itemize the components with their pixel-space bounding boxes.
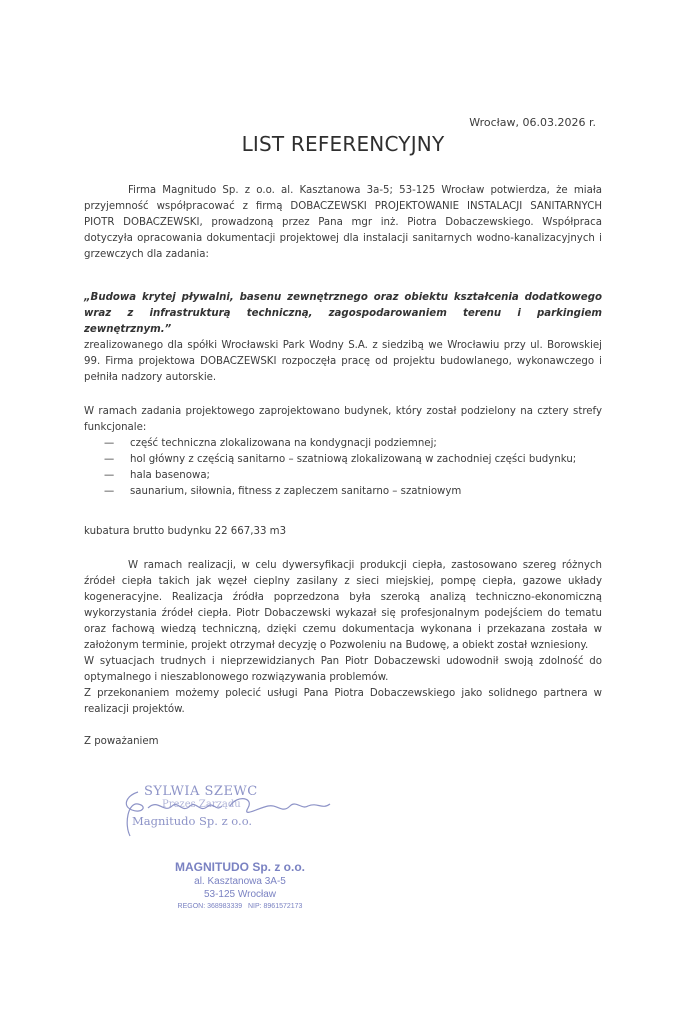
company-stamp: MAGNITUDO Sp. z o.o. al. Kasztanowa 3A-5… [150,860,330,913]
stamp-ids: REGON: 368983339 NIP: 8961572173 [150,901,330,913]
list-item: —hol główny z częścią sanitarno – szatni… [104,452,576,468]
letter-title: LIST REFERENCYJNY [0,132,686,156]
stamp-company: MAGNITUDO Sp. z o.o. [150,860,330,875]
signature-block: SYLWIA SZEWC Prezes Zarządu Magnitudo Sp… [118,784,358,844]
handwritten-signature-icon [118,784,358,844]
building-volume: kubatura brutto budynku 22 667,33 m3 [84,524,602,540]
letter-page: Wrocław, 06.03.2026 r. LIST REFERENCYJNY… [0,0,686,1024]
list-item: —saunarium, siłownia, fitness z zaplecze… [104,484,576,500]
zones-list: —część techniczna zlokalizowana na kondy… [104,436,576,500]
realization-paragraph: W ramach realizacji, w celu dywersyfikac… [84,558,602,654]
letter-date: Wrocław, 06.03.2026 r. [469,116,596,129]
project-quote: „Budowa krytej pływalni, basenu zewnętrz… [84,290,602,338]
intro-paragraph: Firma Magnitudo Sp. z o.o. al. Kasztanow… [84,183,602,263]
dash-bullet: — [104,468,130,484]
client-paragraph: zrealizowanego dla spółki Wrocławski Par… [84,338,602,386]
closing: Z poważaniem [84,734,602,750]
list-item: —hala basenowa; [104,468,576,484]
stamp-street: al. Kasztanowa 3A-5 [150,875,330,888]
recommendation-paragraph: Z przekonaniem możemy polecić usługi Pan… [84,686,602,718]
zones-intro-paragraph: W ramach zadania projektowego zaprojekto… [84,404,602,436]
problem-solving-paragraph: W sytuacjach trudnych i nieprzewidzianyc… [84,654,602,686]
dash-bullet: — [104,436,130,452]
dash-bullet: — [104,452,130,468]
stamp-city: 53-125 Wrocław [150,888,330,901]
dash-bullet: — [104,484,130,500]
list-item: —część techniczna zlokalizowana na kondy… [104,436,576,452]
